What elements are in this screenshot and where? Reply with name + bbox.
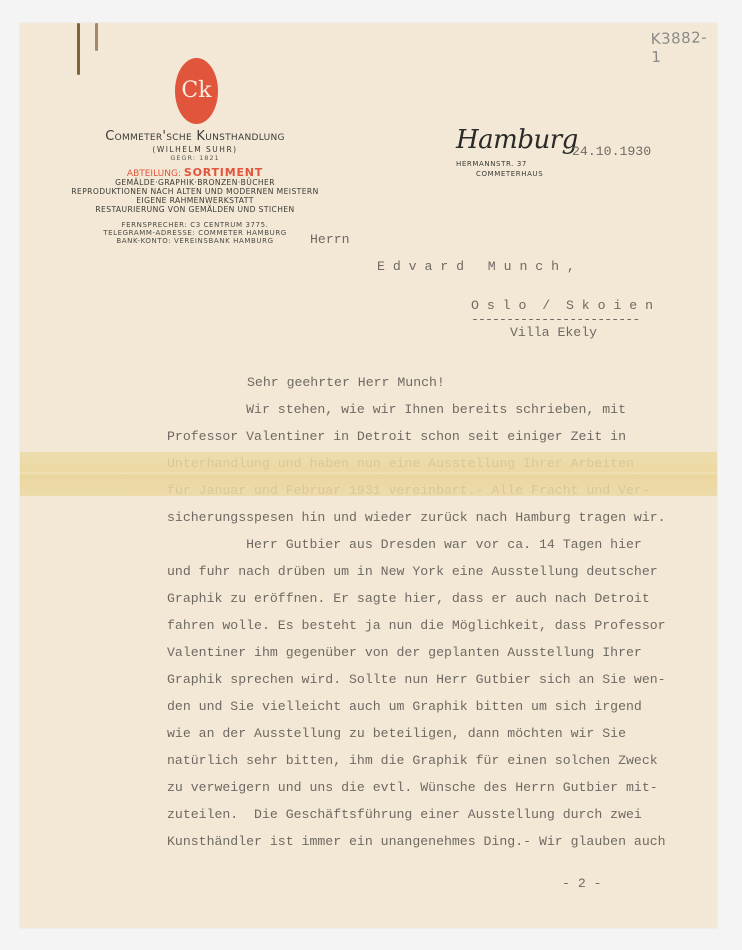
- contact-line: TELEGRAMM-ADRESSE: COMMETER HAMBURG: [60, 229, 330, 237]
- contact-line: FERNSPRECHER: C3 CENTRUM 3775.: [60, 221, 330, 229]
- body-line: Herr Gutbier aus Dresden war vor ca. 14 …: [167, 537, 642, 552]
- body-line: natürlich sehr bitten, ihm die Graphik f…: [167, 753, 658, 768]
- body-line: zuteilen. Die Geschäftsführung einer Aus…: [167, 807, 642, 822]
- recipient-title: Herrn: [310, 232, 350, 247]
- proprietor: (WILHELM SUHR): [70, 145, 320, 154]
- body-line: sicherungsspesen hin und wieder zurück n…: [167, 510, 666, 525]
- founded: GEGR: 1821: [70, 154, 320, 162]
- archive-number: K3882-1: [650, 28, 717, 66]
- body-line: Graphik sprechen wird. Sollte nun Herr G…: [167, 672, 666, 687]
- service-line: REPRODUKTIONEN NACH ALTEN UND MODERNEN M…: [60, 187, 330, 196]
- tape-strip: [20, 452, 717, 496]
- body-line: zu verweigern und uns die evtl. Wünsche …: [167, 780, 658, 795]
- letter-date: 24.10.1930: [572, 144, 651, 159]
- body-line: und fuhr nach drüben um in New York eine…: [167, 564, 658, 579]
- body-line: wie an der Ausstellung zu beteiligen, da…: [167, 726, 626, 741]
- service-line: GEMÄLDE·GRAPHIK·BRONZEN·BÜCHER: [60, 178, 330, 187]
- logo-monogram: Ck: [181, 81, 211, 101]
- recipient-place: O s l o / S k o i e n: [471, 298, 653, 313]
- body-line: Graphik zu eröffnen. Er sagte hier, dass…: [167, 591, 650, 606]
- body-line: den und Sie vielleicht auch um Graphik b…: [167, 699, 642, 714]
- page-marker: - 2 -: [562, 876, 602, 891]
- service-line: EIGENE RAHMENWERKSTATT: [60, 196, 330, 205]
- recipient-villa: Villa Ekely: [510, 325, 597, 340]
- street-address: HERMANNSTR. 37: [456, 160, 527, 168]
- body-line: Wir stehen, wie wir Ihnen bereits schrie…: [167, 402, 626, 417]
- rust-stain: [95, 23, 98, 51]
- firm-logo-icon: Ck: [175, 58, 218, 124]
- firm-name: Commeter'sche Kunsthandlung: [70, 129, 320, 144]
- body-line: Professor Valentiner in Detroit schon se…: [167, 429, 626, 444]
- body-line: Valentiner ihm gegenüber von der geplant…: [167, 645, 642, 660]
- body-line: fahren wolle. Es besteht ja nun die Mögl…: [167, 618, 666, 633]
- greeting: Sehr geehrter Herr Munch!: [247, 375, 445, 390]
- contact-line: BANK-KONTO: VEREINSBANK HAMBURG: [60, 237, 330, 245]
- building-name: COMMETERHAUS: [476, 170, 543, 178]
- letter-page: K3882-1 Ck Commeter'sche Kunsthandlung (…: [20, 23, 717, 928]
- body-line: Kunsthändler ist immer ein unangenehmes …: [167, 834, 666, 849]
- city-script: Hamburg: [456, 125, 578, 155]
- service-line: RESTAURIERUNG VON GEMÄLDEN UND STICHEN: [60, 205, 330, 214]
- recipient-name: E d v a r d M u n c h ,: [377, 259, 575, 274]
- rust-stain: [77, 23, 80, 75]
